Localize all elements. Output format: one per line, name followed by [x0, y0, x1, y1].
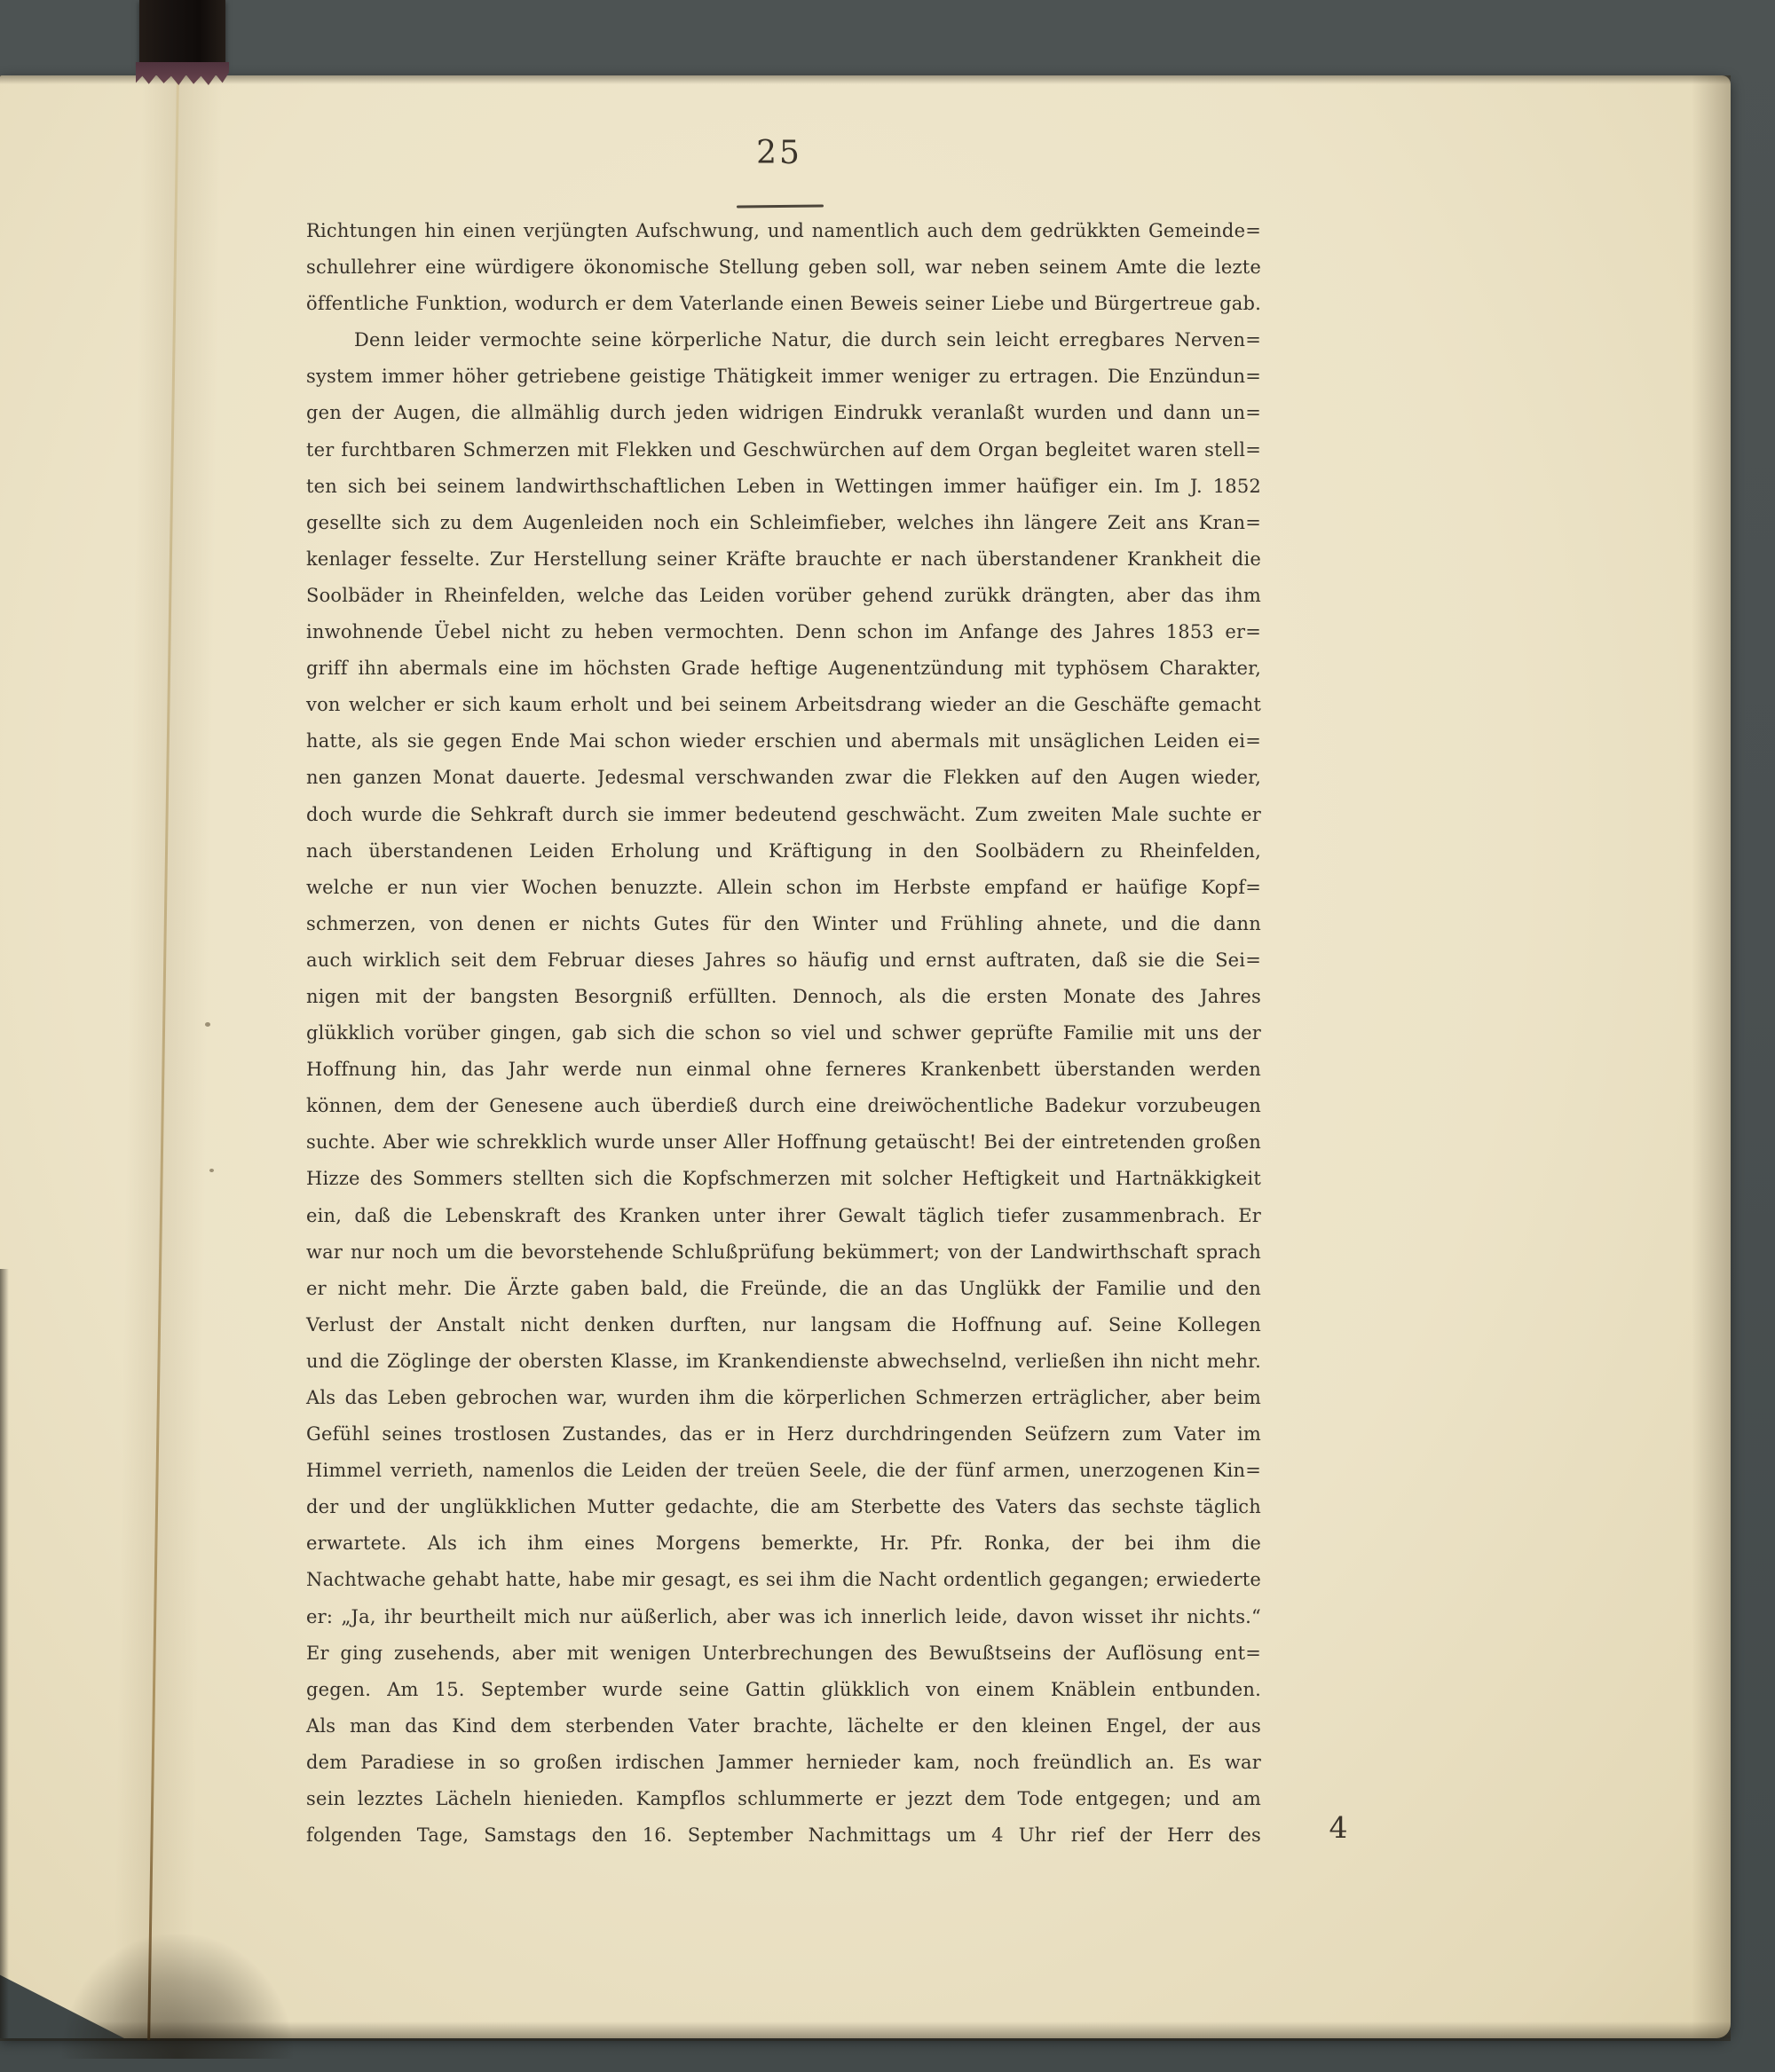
page-right-edge-shadow [1692, 75, 1731, 2038]
paper-speck [1053, 477, 1059, 482]
text-line: ter furchtbaren Schmerzen mit Flekken un… [306, 432, 1261, 469]
text-line: war nur noch um die bevorstehende Schluß… [306, 1234, 1261, 1271]
signature-mark: 4 [1312, 1810, 1365, 1845]
text-line: und die Zöglinge der obersten Klasse, im… [306, 1343, 1261, 1380]
text-line: schmerzen, von denen er nichts Gutes für… [306, 906, 1261, 942]
left-edge-shadow [0, 1269, 9, 2038]
page-number: 25 [726, 135, 832, 171]
text-line: system immer höher getriebene geistige T… [306, 358, 1261, 395]
page-text: Richtungen hin einen verjüngten Aufschwu… [306, 213, 1261, 1854]
text-line: Verlust der Anstalt nicht denken durften… [306, 1307, 1261, 1343]
paper-speck [209, 1169, 214, 1172]
text-line: Gefühl seines trostlosen Zustandes, das … [306, 1416, 1261, 1453]
text-line: kenlager fesselte. Zur Herstellung seine… [306, 541, 1261, 578]
text-line: Himmel verrieth, namenlos die Leiden der… [306, 1453, 1261, 1489]
text-line: doch wurde die Sehkraft durch sie immer … [306, 797, 1261, 833]
spine-shadow [62, 1934, 293, 2059]
book-scan: 25 Richtungen hin einen verjüngten Aufsc… [0, 0, 1775, 2072]
text-line: von welcher er sich kaum erholt und bei … [306, 687, 1261, 723]
text-line: ein, daß die Lebenskraft des Kranken unt… [306, 1198, 1261, 1234]
text-line: Denn leider vermochte seine körperliche … [306, 322, 1261, 358]
text-line: er nicht mehr. Die Ärzte gaben bald, die… [306, 1271, 1261, 1307]
text-line: können, dem der Genesene auch überdieß d… [306, 1088, 1261, 1124]
text-line: Als man das Kind dem sterbenden Vater br… [306, 1708, 1261, 1745]
bookmark-ribbon [139, 0, 225, 69]
text-line: der und der unglükklichen Mutter gedacht… [306, 1489, 1261, 1525]
text-line: nigen mit der bangsten Besorgniß erfüllt… [306, 979, 1261, 1015]
text-line: dem Paradiese in so großen irdischen Jam… [306, 1745, 1261, 1781]
text-line: Er ging zusehends, aber mit wenigen Unte… [306, 1635, 1261, 1672]
text-line: gesellte sich zu dem Augenleiden noch ei… [306, 505, 1261, 541]
text-line: Hizze des Sommers stellten sich die Kopf… [306, 1161, 1261, 1197]
text-line: nen ganzen Monat dauerte. Jedesmal versc… [306, 760, 1261, 796]
text-line: gegen. Am 15. September wurde seine Gatt… [306, 1672, 1261, 1708]
text-line: Richtungen hin einen verjüngten Aufschwu… [306, 213, 1261, 249]
text-line: inwohnende Üebel nicht zu heben vermocht… [306, 614, 1261, 650]
text-line: nach überstandenen Leiden Erholung und K… [306, 833, 1261, 870]
text-line: folgenden Tage, Samstags den 16. Septemb… [306, 1817, 1261, 1854]
text-line: öffentliche Funktion, wodurch er dem Vat… [306, 286, 1261, 322]
paper-speck [205, 1022, 210, 1027]
text-line: Nachtwache gehabt hatte, habe mir gesagt… [306, 1562, 1261, 1598]
text-line: sein lezztes Lächeln hienieden. Kampflos… [306, 1781, 1261, 1817]
text-line: auch wirklich seit dem Februar dieses Ja… [306, 942, 1261, 979]
text-line: Hoffnung hin, das Jahr werde nun einmal … [306, 1052, 1261, 1088]
text-line: erwartete. Als ich ihm eines Morgens bem… [306, 1525, 1261, 1562]
text-line: suchte. Aber wie schrekklich wurde unser… [306, 1124, 1261, 1161]
text-line: Soolbäder in Rheinfelden, welche das Lei… [306, 578, 1261, 614]
text-line: glükklich vorüber gingen, gab sich die s… [306, 1015, 1261, 1052]
text-line: welche er nun vier Wochen benuzzte. Alle… [306, 870, 1261, 906]
text-line: schullehrer eine würdigere ökonomische S… [306, 249, 1261, 286]
text-line: Als das Leben gebrochen war, wurden ihm … [306, 1380, 1261, 1416]
text-line: griff ihn abermals eine im höchsten Grad… [306, 650, 1261, 687]
page-top-edge-shadow [0, 75, 1731, 84]
text-line: gen der Augen, die allmählig durch jeden… [306, 395, 1261, 431]
text-line: ten sich bei seinem landwirthschaftliche… [306, 469, 1261, 505]
text-line: hatte, als sie gegen Ende Mai schon wied… [306, 723, 1261, 760]
text-line: er: „Ja, ihr beurtheilt mich nur aüßerli… [306, 1599, 1261, 1635]
